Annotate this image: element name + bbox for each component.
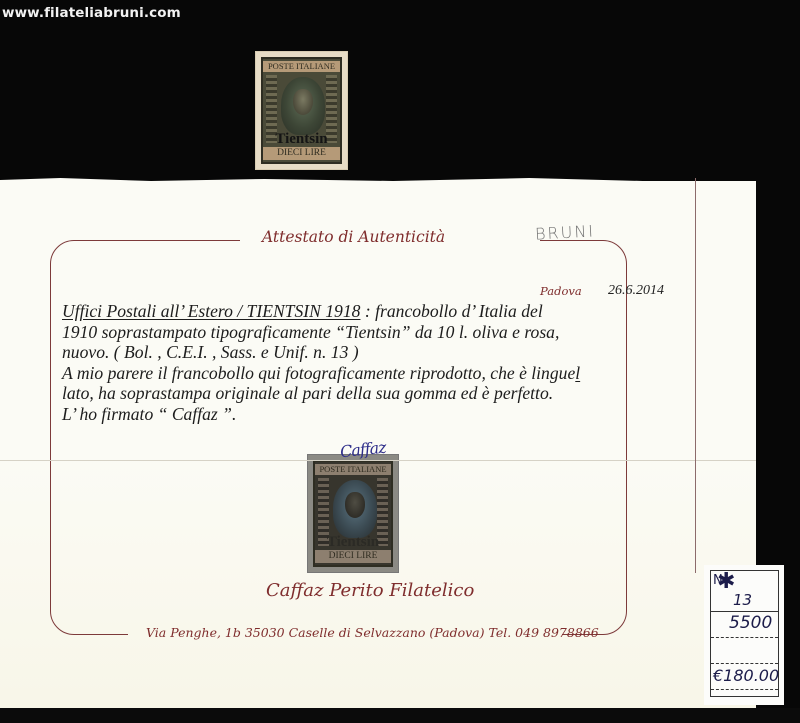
price-divider (711, 689, 778, 690)
stamp-face (345, 492, 365, 518)
stamp-top-label: POSTE ITALIANE (315, 464, 391, 475)
price-card: ✱ N 13 5500 €180.00 (704, 565, 784, 705)
handwritten-note: BRUNI (535, 221, 596, 243)
background-strip (0, 708, 800, 723)
certificate-date: 26.6.2014 (608, 283, 664, 299)
stamp-overprint: Tientsin (263, 131, 340, 148)
price-box: ✱ N 13 5500 €180.00 (710, 570, 779, 697)
website-watermark: www.filateliabruni.com (2, 5, 181, 21)
body-line: lato, ha soprastampa originale al pari d… (62, 383, 580, 404)
catalog-value: 5500 (729, 613, 772, 633)
price-divider (711, 611, 778, 612)
price-divider (711, 637, 778, 638)
stamp-overprint: Tientsin (315, 534, 391, 551)
sale-price: €180.00 (713, 666, 779, 685)
fold-line (695, 178, 696, 573)
certified-stamp-image: POSTE ITALIANE Tientsin DIECI LIRE (308, 455, 398, 572)
certificate-border (50, 240, 627, 635)
condition-letter: N (713, 573, 723, 588)
examiner-name: Caffaz Perito Filatelico (266, 580, 474, 601)
certificate-title: Attestato di Autenticità (262, 228, 445, 246)
body-line: L’ ho firmato “ Caffaz ”. (62, 404, 580, 425)
price-divider (711, 663, 778, 664)
stamp-portrait (281, 77, 325, 135)
fold-line (0, 460, 756, 461)
certificate-place: Padova (540, 284, 582, 298)
stamp-bottom-label: DIECI LIRE (263, 147, 340, 160)
body-line: 1910 soprastampato tipograficamente “Tie… (62, 322, 580, 343)
stamp-face (293, 89, 313, 115)
stamp-frame: POSTE ITALIANE Tientsin DIECI LIRE (261, 57, 342, 164)
stamp-bottom-label: DIECI LIRE (315, 550, 391, 563)
body-line: nuovo. ( Bol. , C.E.I. , Sass. e Unif. n… (62, 342, 580, 363)
stamp-top-label: POSTE ITALIANE (263, 61, 340, 72)
stamp-image: POSTE ITALIANE Tientsin DIECI LIRE (256, 52, 347, 169)
stamp-portrait (333, 480, 377, 538)
certificate-body: Uffici Postali all’ Estero / TIENTSIN 19… (62, 301, 580, 424)
catalog-number: 13 (733, 591, 752, 609)
certificate-heading: Uffici Postali all’ Estero / TIENTSIN 19… (62, 301, 360, 321)
body-line: A mio parere il francobollo qui fotograf… (62, 363, 580, 384)
stamp-frame: POSTE ITALIANE Tientsin DIECI LIRE (313, 460, 393, 567)
body-line: Uffici Postali all’ Estero / TIENTSIN 19… (62, 301, 580, 322)
examiner-address: Via Penghe, 1b 35030 Caselle di Selvazza… (146, 625, 599, 640)
